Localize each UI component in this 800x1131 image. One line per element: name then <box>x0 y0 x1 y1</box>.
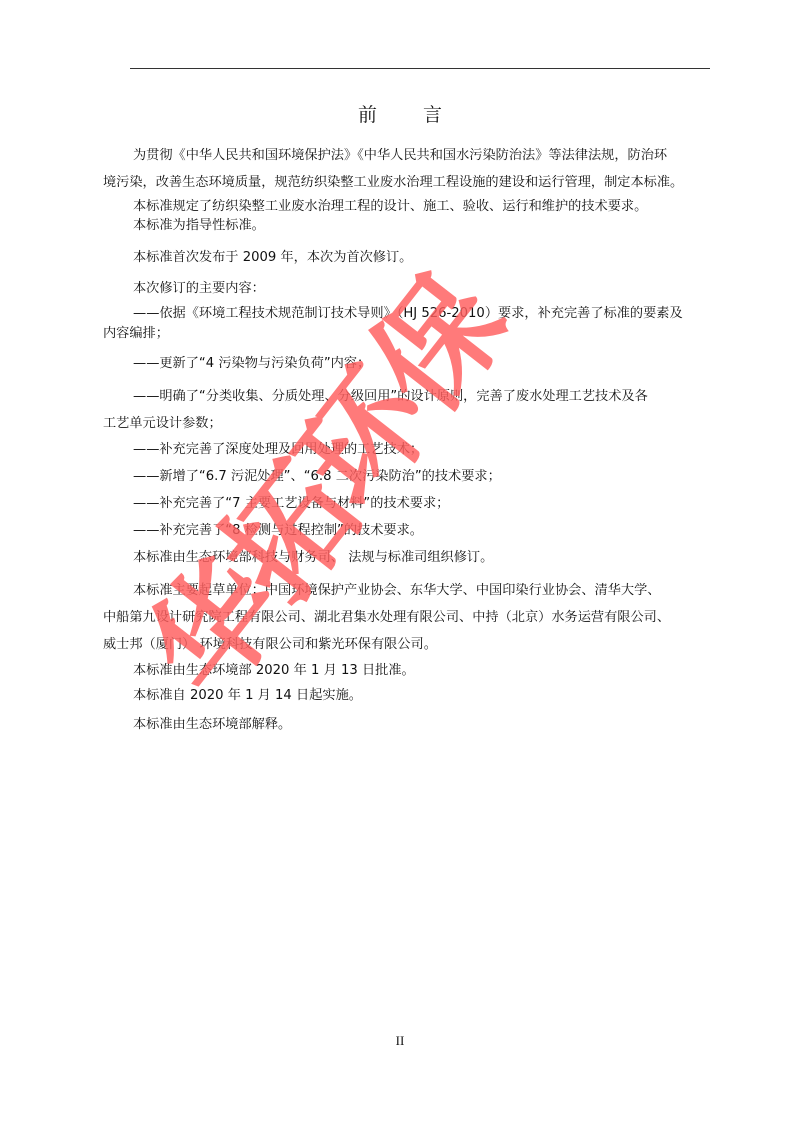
paragraph-line: ——更新了“4 污染物与污染负荷”内容； <box>133 357 370 370</box>
paragraph-line: ——新增了“6.7 污泥处理”、“6.8 二次污染防治”的技术要求； <box>133 470 501 483</box>
paragraph-line: 本标准由生态环境部解释。 <box>133 718 291 731</box>
paragraph-line: 本标准由生态环境部科技与财务司、 法规与标准司组织修订。 <box>133 551 493 564</box>
paragraph-line: 本次修订的主要内容： <box>133 282 265 295</box>
page-title: 前 言 <box>0 100 800 127</box>
paragraph-line: 本标准为指导性标准。 <box>133 219 265 232</box>
paragraph-line: 中船第九设计研究院工程有限公司、湖北君集水处理有限公司、中持（北京）水务运营有限… <box>103 611 670 624</box>
paragraph-line: 本标准主要起草单位：中国环境保护产业协会、东华大学、中国印染行业协会、清华大学、 <box>133 584 661 597</box>
page-number: II <box>0 1033 800 1049</box>
paragraph-line: 威士邦（厦门） 环境科技有限公司和紫光环保有限公司。 <box>103 638 437 651</box>
paragraph-line: ——补充完善了“7 主要工艺设备与材料”的技术要求； <box>133 497 449 510</box>
paragraph-line: ——明确了“分类收集、分质处理、分级回用”的设计原则，完善了废水处理工艺技术及各 <box>133 390 648 403</box>
header-rule <box>130 68 710 69</box>
paragraph-line: 本标准规定了纺织染整工业废水治理工程的设计、施工、验收、运行和维护的技术要求。 <box>133 200 647 213</box>
paragraph-line: 本标准由生态环境部 2020 年 1 月 13 日批准。 <box>133 664 415 677</box>
paragraph-line: 内容编排； <box>103 327 169 340</box>
paragraph-line: 本标准自 2020 年 1 月 14 日起实施。 <box>133 689 362 702</box>
paragraph-line: 本标准首次发布于 2009 年，本次为首次修订。 <box>133 251 412 264</box>
paragraph-line: 工艺单元设计参数； <box>103 417 222 430</box>
paragraph-line: ——依据《环境工程技术规范制订技术导则》（HJ 526-2010）要求，补充完善… <box>133 307 683 320</box>
paragraph-line: 为贯彻《中华人民共和国环境保护法》《中华人民共和国水污染防治法》等法律法规，防治… <box>133 149 667 162</box>
paragraph-line: ——补充完善了“8 检测与过程控制”的技术要求。 <box>133 524 423 537</box>
paragraph-line: 境污染，改善生态环境质量，规范纺织染整工业废水治理工程设施的建设和运行管理，制定… <box>103 176 683 189</box>
paragraph-line: ——补充完善了深度处理及回用处理的工艺技术； <box>133 443 423 456</box>
